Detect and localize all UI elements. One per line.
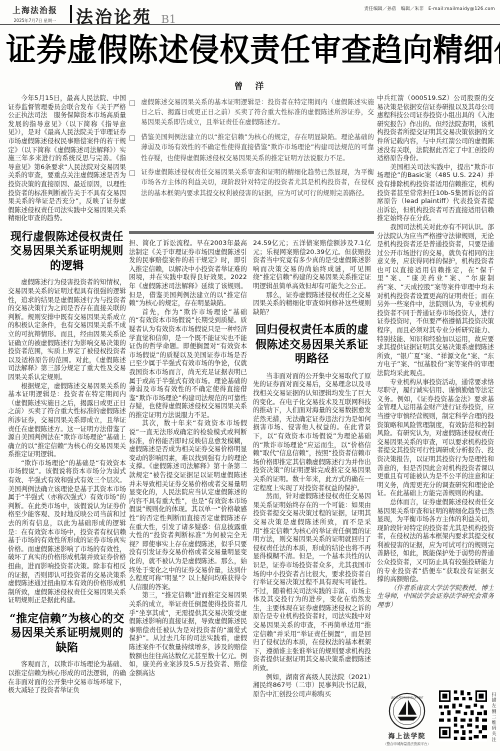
checkbox-icon: □ xyxy=(129,168,136,178)
subheading-3: 回归侵权责任本质的虚假陈述交易因果关系证明路径 xyxy=(253,323,371,367)
editors-line: 责任编辑／孙蓓 编辑／朱非 E-mail:mailmaidy@126.com xyxy=(364,6,495,12)
qr-caption: 扫描左侧二维码关注 xyxy=(490,692,496,744)
checkbox-icon: □ xyxy=(129,133,136,143)
summary-item: □ 虚假陈述交易因果关系的基本证明逻辑是：投资者在特定期间内（虚假陈述实施日之后… xyxy=(129,97,374,128)
paragraph: “欺诈市场理论”的基础是“有效资本市场假说”。该假说将资本市场分为弱式有效、半强… xyxy=(8,459,126,605)
summary-item-text: 虚假陈述交易因果关系的基本证明逻辑是：投资者在特定期间内（虚假陈述实施日之后、揭… xyxy=(141,98,374,126)
paragraph: 总体而言，证券虚假陈述侵权责任交易因果关系审查和证明的精细化趋势已然显现，为平衡… xyxy=(377,498,494,584)
paragraph: 中兵红箭（000519.SZ）公司股票的交易决策是依据安信证券研报以及其母公司惠… xyxy=(377,94,494,163)
header-divider xyxy=(70,5,72,23)
paragraph: 美国相关司法实践中，提出“欺诈市场理论”的Basic案（485 U.S. 224… xyxy=(377,163,494,223)
paragraph: 当非面对面的公开集中交易取代了原先的证券面对面交易后，交易理念以及寻找相关交易证… xyxy=(253,372,371,492)
summary-item: □ 证券虚假陈述侵权责任交易因果关系审查和证明的精细化趋势已然显现，为平衡市场各… xyxy=(129,167,374,198)
subheading-1: 现行虚假陈述侵权责任交易因果关系证明规则的逻辑 xyxy=(8,230,126,274)
ship-logo-block: LEGISLATION DEVELOPMENT 海上法学院 （整合申城海量普法资… xyxy=(379,692,435,746)
paragraph: 例如，湖南省高级人民法院（2021）湘民终867号（二审）民事判决书记载，原告中… xyxy=(253,673,371,699)
page-header: 上海法治报 2025年7月7日 星期一 法治论苑 B1 责任编辑／孙蓓 编辑／朱… xyxy=(6,3,495,25)
author-byline: 曾 洋 xyxy=(0,80,500,92)
article-column-4: 中兵红箭（000519.SZ）公司股票的交易决策是依据安信证券研报以及其母公司惠… xyxy=(377,94,494,686)
article-column-2: 担、简化了诉讼流程。早在2003年最高法制定《关于审理证券市场因虚假陈述引发的民… xyxy=(129,239,247,749)
paragraph: 担、简化了诉讼流程。早在2003年最高法制定《关于审理证券市场因虚假陈述引发的民… xyxy=(129,239,247,308)
headline: 证券虚假陈述侵权责任审查趋向精细化 xyxy=(6,30,494,72)
paragraph: 其次，数十年来“有效资本市场假说”一直无法形成确定的检验模式或判断标准，价格能否… xyxy=(129,419,247,591)
checkbox-icon: □ xyxy=(129,98,136,108)
paragraph: 然而，针对虚假陈述侵权责任交易因果关系证明始终存在的一个可能：如果由投资者提交交… xyxy=(253,492,371,672)
paragraph: 根据规定，虚假陈述交易因果关系的基本证明逻辑是：投资者在特定期间内（虚假陈述实施… xyxy=(8,382,126,459)
issue-date: 2025年7月7日 星期一 xyxy=(6,18,64,24)
paragraph: 客观而言，以欺诈市场理论为基础、以推定信赖为核心形成的司法逻辑，的确在非面对面的… xyxy=(8,660,126,694)
header-rule xyxy=(0,24,500,25)
summary-box: □ 虚假陈述交易因果关系的基本证明逻辑是：投资者在特定期间内（虚假陈述实施日之后… xyxy=(129,97,374,229)
summary-item: □ 借鉴美国判例法建立的以“推定信赖”为核心的规定，存在明显缺陷。理论基础的薄弱… xyxy=(129,132,374,163)
masthead: 上海法治报 2025年7月7日 星期一 xyxy=(6,5,64,24)
qr-code-icon xyxy=(439,690,487,742)
sailing-ship-icon: LEGISLATION DEVELOPMENT xyxy=(388,692,426,730)
ship-logo-subcaption: （整合申城海量普法资源平台） xyxy=(379,741,435,746)
paragraph: 第三，“推定信赖”进而推定交易因果关系的成立，举证责任倒置使得投资者几乎“坐享其… xyxy=(129,591,247,677)
paragraph: 今年5月15日，最高人民法院、中国证券监督管理委员会联合发布《关于严格公正执法司… xyxy=(8,94,126,223)
paragraph: 那么，证券虚假陈述侵权责任之交易因果关系的精细化审查如何修补这些规则缺陷？ xyxy=(253,291,371,317)
summary-box-rule xyxy=(129,231,374,234)
summary-item-text: 借鉴美国判例法建立的以“推定信赖”为核心的规定，存在明显缺陷。理论基础的薄弱及市… xyxy=(141,133,374,161)
paragraph: 首先，作为“欺诈市场理论”基础的“有效资本市场假说”长期受到质疑。质疑者认为有效… xyxy=(129,308,247,420)
author-bio: （作者系南京大学法学院教授、博士生导师，中国法学会证券法学研究会常务理事） xyxy=(377,584,494,610)
newspaper-name: 上海法治报 xyxy=(6,5,64,16)
article-column-3: 24.59亿元；五洋债案赔偿额涉及7.1亿元；乐视网案赔偿20.39亿元。但获赔… xyxy=(253,239,371,749)
svg-text:LEGISLATION DEVELOPMENT: LEGISLATION DEVELOPMENT xyxy=(391,697,424,700)
paragraph: 我国司法机关对此亦有不同认识。部分法院认为应当严格遵守法律规则，无论是机构投资者… xyxy=(377,223,494,378)
page-footer: LEGISLATION DEVELOPMENT 海上法学院 （整合申城海量普法资… xyxy=(377,688,496,748)
paragraph: 24.59亿元；五洋债案赔偿额涉及7.1亿元；乐视网案赔偿20.39亿元。但获赔… xyxy=(253,239,371,291)
article-column-1: 今年5月15日，最高人民法院、中国证券监督管理委员会联合发布《关于严格公正执法司… xyxy=(8,94,126,749)
ship-logo-caption: 海上法学院 xyxy=(379,731,435,740)
subheading-2: “推定信赖”为核心的交易因果关系证明规则的缺陷 xyxy=(8,612,126,656)
newspaper-page: 上海法治报 2025年7月7日 星期一 法治论苑 B1 责任编辑／孙蓓 编辑／朱… xyxy=(0,0,500,751)
paragraph: 专业机构从事投资活动，通常要求恪尽职守，履行诚实信用、谨慎勤勉等法定义务。例如，… xyxy=(377,378,494,498)
summary-item-text: 证券虚假陈述侵权责任交易因果关系审查和证明的精细化趋势已然显现，为平衡市场各方主… xyxy=(141,168,374,196)
paragraph: 虚假陈述行为侵害投资者的知情权，交易因果关系的证明过程具有很强的逻辑性，追求的结… xyxy=(8,278,126,381)
qr-code xyxy=(439,690,487,744)
